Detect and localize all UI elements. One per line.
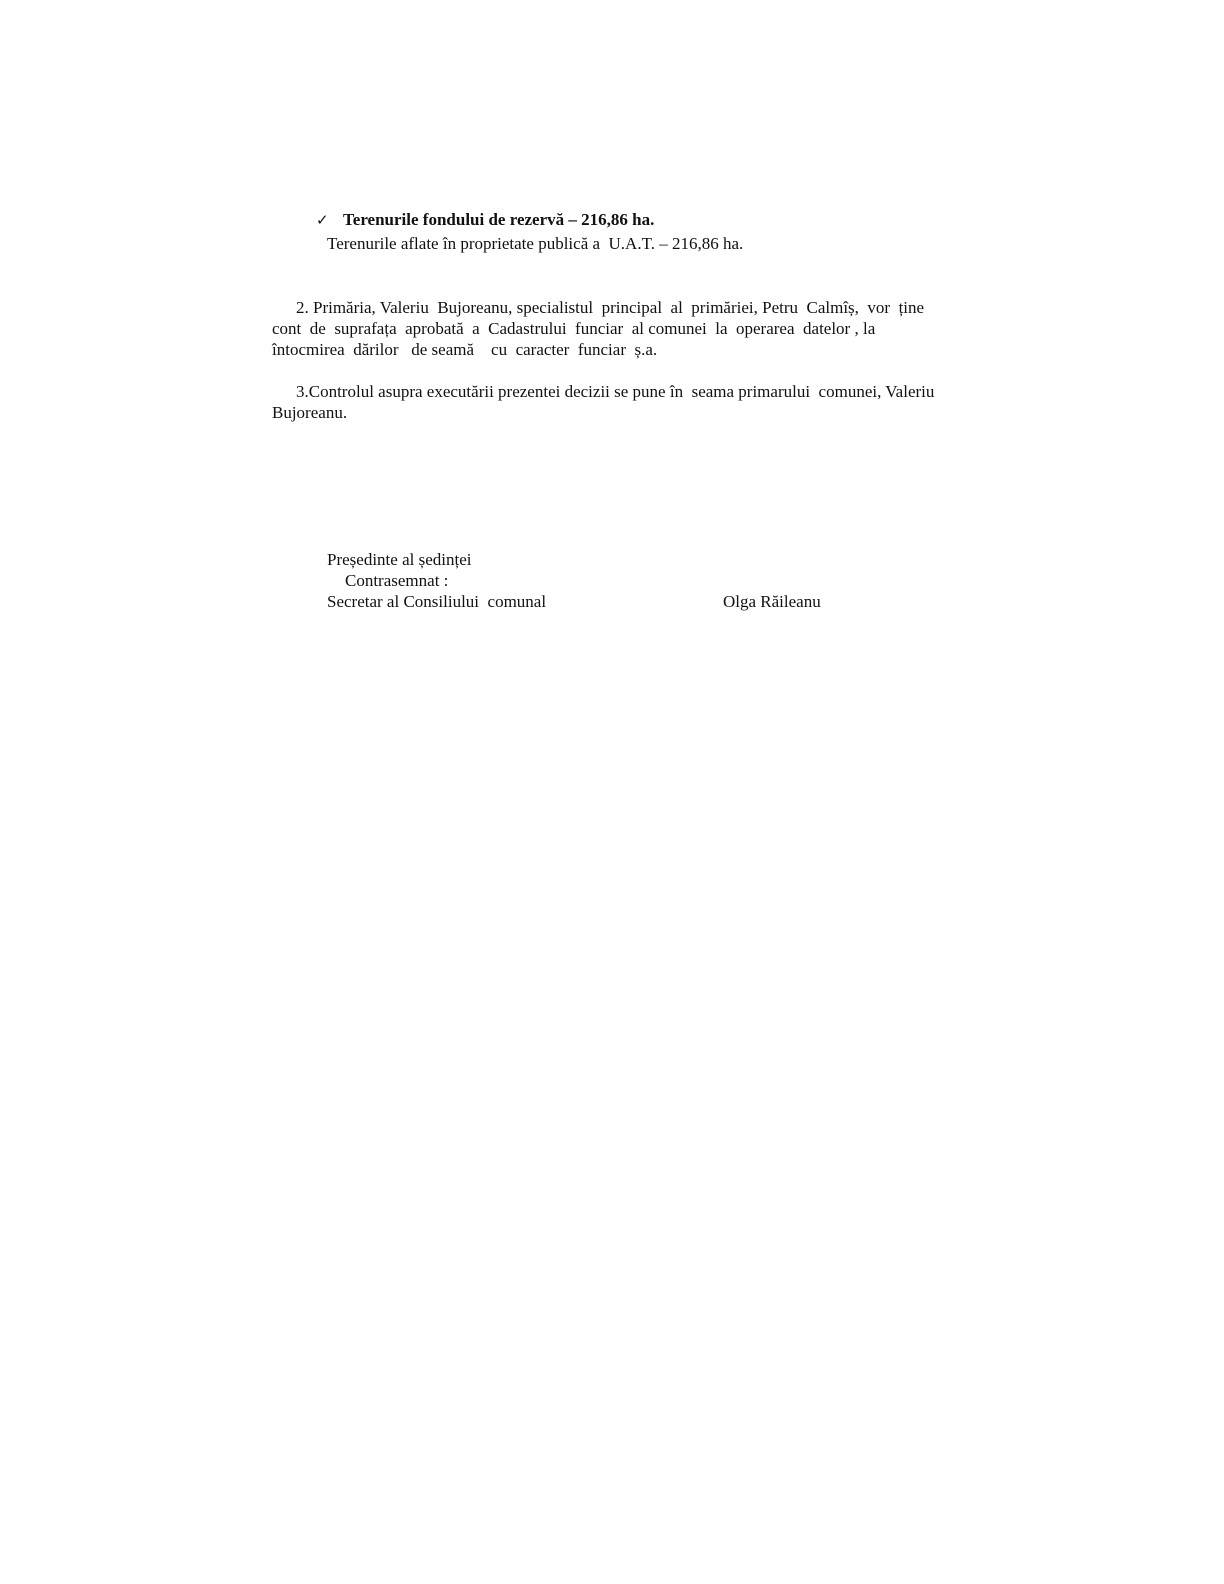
paragraph-2-line-3: întocmirea dărilor de seamă cu caracter …	[272, 339, 657, 361]
secretary-name: Olga Răileanu	[723, 591, 821, 613]
reserve-heading: Terenurile fondului de rezervă – 216,86 …	[343, 209, 654, 231]
secretary-label: Secretar al Consiliului comunal	[327, 591, 546, 613]
countersigned-label: Contrasemnat :	[345, 570, 448, 592]
president-label: Președinte al ședinței	[327, 549, 471, 571]
paragraph-3-line-1: 3.Controlul asupra executării prezentei …	[296, 381, 934, 403]
checkmark-icon: ✓	[316, 209, 329, 231]
reserve-detail: Terenurile aflate în proprietate publică…	[327, 233, 743, 255]
paragraph-2-line-2: cont de suprafața aprobată a Cadastrului…	[272, 318, 875, 340]
paragraph-3-line-2: Bujoreanu.	[272, 402, 347, 424]
paragraph-2-line-1: 2. Primăria, Valeriu Bujoreanu, speciali…	[296, 297, 924, 319]
